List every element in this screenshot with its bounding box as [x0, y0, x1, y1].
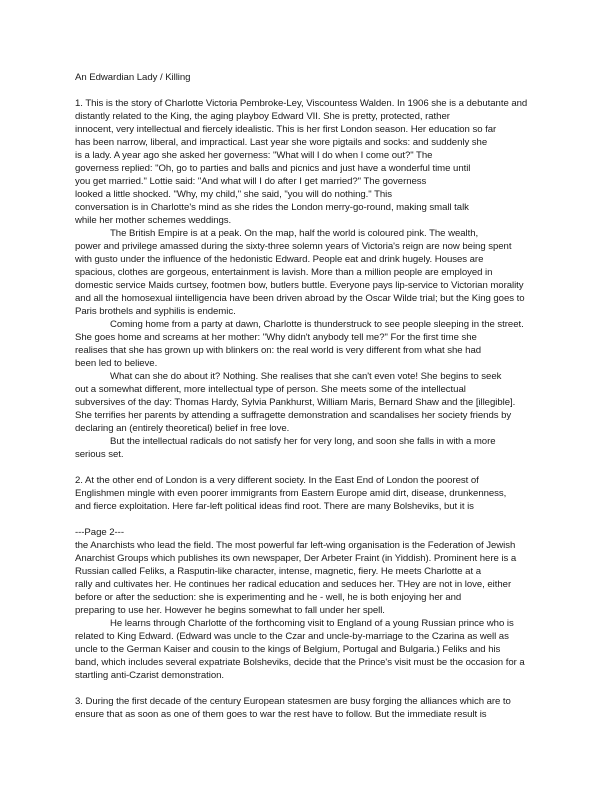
text-line: Paris brothels and syphilis is endemic.	[75, 306, 236, 318]
text-line: you get married." Lottie said: "And what…	[75, 176, 426, 188]
text-line: Englishmen mingle with even poorer immig…	[75, 488, 506, 500]
text-line: is a lady. A year ago she asked her gove…	[75, 150, 432, 162]
text-line: declaring an (entirely theoretical) beli…	[75, 423, 289, 435]
text-line: domestic service Maids curtsey, footmen …	[75, 280, 524, 292]
text-line: Anarchist Groups which publishes its own…	[75, 553, 516, 565]
text-line: Russian called Feliks, a Rasputin-like c…	[75, 566, 481, 578]
document-title: An Edwardian Lady / Killing	[75, 72, 190, 84]
text-line: rally and cultivates her. He continues h…	[75, 579, 511, 591]
text-line: ensure that as soon as one of them goes …	[75, 709, 487, 721]
text-line: startling anti-Czarist demonstration.	[75, 670, 224, 682]
text-line: related to King Edward. (Edward was uncl…	[75, 631, 509, 643]
text-line: has been narrow, liberal, and impractica…	[75, 137, 487, 149]
text-line: conversation is in Charlotte's mind as s…	[75, 202, 469, 214]
text-line: 3. During the first decade of the centur…	[75, 696, 511, 708]
text-line: But the intellectual radicals do not sat…	[110, 436, 496, 448]
text-line: spacious, clothes are gorgeous, entertai…	[75, 267, 492, 279]
text-line: She terrifies her parents by attending a…	[75, 410, 511, 422]
text-line: subversives of the day: Thomas Hardy, Sy…	[75, 397, 515, 409]
text-line: band, which includes several expatriate …	[75, 657, 525, 669]
text-line: while her mother schemes weddings.	[75, 215, 231, 227]
text-line: preparing to use her. However he begins …	[75, 605, 385, 617]
text-line: and fierce exploitation. Here far-left p…	[75, 501, 474, 513]
text-line: distantly related to the King, the aging…	[75, 111, 450, 123]
text-line: The British Empire is at a peak. On the …	[110, 228, 478, 240]
text-line: 2. At the other end of London is a very …	[75, 475, 479, 487]
text-line: looked a little shocked. "Why, my child,…	[75, 189, 392, 201]
text-line: out a somewhat different, more intellect…	[75, 384, 466, 396]
text-line: and all the homosexual iintelligencia ha…	[75, 293, 525, 305]
text-line: realises that she has grown up with blin…	[75, 345, 481, 357]
text-line: Coming home from a party at dawn, Charlo…	[110, 319, 524, 331]
page-marker: ---Page 2---	[75, 527, 124, 539]
text-line: 1. This is the story of Charlotte Victor…	[75, 98, 527, 110]
text-line: governess replied: "Oh, go to parties an…	[75, 163, 470, 175]
text-line: before or after the seduction: she is ex…	[75, 592, 461, 604]
text-line: uncle to the German Kaiser and cousin to…	[75, 644, 500, 656]
text-line: power and privilege amassed during the s…	[75, 241, 511, 253]
text-line: the Anarchists who lead the field. The m…	[75, 540, 515, 552]
text-line: innocent, very intellectual and fiercely…	[75, 124, 496, 136]
text-line: serious set.	[75, 449, 123, 461]
text-line: with gusto under the influence of the he…	[75, 254, 483, 266]
text-line: What can she do about it? Nothing. She r…	[110, 371, 501, 383]
document-page: An Edwardian Lady / Killing 1. This is t…	[0, 0, 612, 792]
text-line: been led to believe.	[75, 358, 157, 370]
text-line: She goes home and screams at her mother:…	[75, 332, 477, 344]
text-line: He learns through Charlotte of the forth…	[110, 618, 514, 630]
